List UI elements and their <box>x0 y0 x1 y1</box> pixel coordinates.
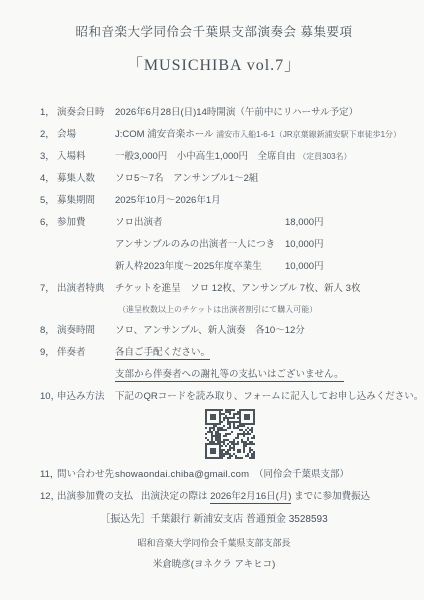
item-row-period: 5， 募集期間 2025年10月～2026年1月 <box>40 190 402 212</box>
fee-amount: 10,000円 <box>285 256 324 278</box>
item-content: showaondai.chiba@gmail.com （同伶会千葉県支部） <box>115 464 402 486</box>
item-number: 5， <box>40 190 57 212</box>
item-row-accompanist: 9， 伴奏者 各自ご手配ください。 <box>40 342 402 364</box>
accompanist-note-2-line: 支部から伴奏者への謝礼等の支払いはございません。 <box>115 364 402 386</box>
item-label: 出演参加費の支払 <box>57 486 133 508</box>
item-label: 会場 <box>57 124 115 146</box>
item-row-applicants: 4， 募集人数 ソロ5～7名 アンサンブル1～2組 <box>40 168 402 190</box>
item-content: 2025年10月～2026年1月 <box>115 190 402 212</box>
page-subtitle: 「MUSICHIBA vol.7」 <box>40 52 388 75</box>
admission-prices: 一般3,000円 小中高生1,000円 全席自由 <box>115 151 298 162</box>
qr-block <box>40 408 402 464</box>
item-row-application: 10， 申込み方法 下記のQRコードを読み取り、フォームに記入してお申し込みくだ… <box>40 386 402 408</box>
item-row-fee: 6， 参加費 ソロ出演者18,000円 <box>40 212 402 234</box>
fee-desc: 新人枠2023年度～2025年度卒業生 <box>115 256 285 278</box>
item-row-duration: 8， 演奏時間 ソロ、アンサンブル、新人演奏 各10～12分 <box>40 320 402 342</box>
item-row-contact: 11， 問い合わせ先 showaondai.chiba@gmail.com （同… <box>40 464 402 486</box>
item-list: 1， 演奏会日時 2026年6月28日(日)14時開演（午前中にリハーサル予定）… <box>40 102 402 508</box>
item-number: 6， <box>40 212 57 234</box>
item-number: 7， <box>40 278 57 300</box>
contact-email: showaondai.chiba@gmail.com <box>115 469 249 480</box>
item-content: ソロ5～7名 アンサンブル1～2組 <box>115 168 402 190</box>
item-number: 2， <box>40 124 57 146</box>
item-number: 8， <box>40 320 57 342</box>
item-content: チケットを進呈 ソロ 12枚、アンサンブル 7枚、新人 3枚 <box>115 278 402 300</box>
item-content: 2026年6月28日(日)14時開演（午前中にリハーサル予定） <box>115 102 402 124</box>
payment-pre: 出演決定の際は <box>141 491 210 502</box>
qr-code <box>205 409 255 459</box>
item-number: 1， <box>40 102 57 124</box>
accompanist-note-2: 支部から伴奏者への謝礼等の支払いはございません。 <box>115 369 344 382</box>
payment-post: までに参加費振込 <box>291 491 370 502</box>
item-label: 問い合わせ先 <box>57 464 115 486</box>
branch-chief-name: 米倉暁彦(ヨネクラ アキヒコ) <box>40 554 388 577</box>
fee-amount: 18,000円 <box>285 212 324 234</box>
item-number: 3， <box>40 146 57 168</box>
item-row-venue: 2， 会場 J:COM 浦安音楽ホール 浦安市入船1-6-1（JR京葉線新浦安駅… <box>40 124 402 146</box>
fee-row: ソロ出演者18,000円 <box>115 212 402 234</box>
item-label: 演奏会日時 <box>57 102 115 124</box>
fee-row: 新人枠2023年度～2025年度卒業生 10,000円 <box>115 256 402 278</box>
item-row-date: 1， 演奏会日時 2026年6月28日(日)14時開演（午前中にリハーサル予定） <box>40 102 402 124</box>
item-content: 出演決定の際は 2026年2月16日(月) までに参加費振込 <box>141 486 402 508</box>
fee-amount: 10,000円 <box>285 234 324 256</box>
contact-org: （同伶会千葉県支部） <box>259 469 349 480</box>
item-label: 募集人数 <box>57 168 115 190</box>
fee-row: アンサンブルのみの出演者一人につき 10,000円 <box>115 234 402 256</box>
item-number: 12， <box>40 486 57 508</box>
item-content: 一般3,000円 小中高生1,000円 全席自由 （定員303名） <box>115 146 402 168</box>
item-label: 申込み方法 <box>57 386 115 408</box>
item-label: 出演者特典 <box>57 278 115 300</box>
page-title: 昭和音楽大学同伶会千葉県支部演奏会 募集要項 <box>40 22 388 40</box>
item-number: 4， <box>40 168 57 190</box>
fee-desc: アンサンブルのみの出演者一人につき <box>115 234 285 256</box>
item-label: 入場料 <box>57 146 115 168</box>
item-content: 下記のQRコードを読み取り、フォームに記入してお申し込みください。 <box>115 386 423 408</box>
item-row-admission: 3， 入場料 一般3,000円 小中高生1,000円 全席自由 （定員303名） <box>40 146 402 168</box>
item-label: 伴奏者 <box>57 342 115 364</box>
payment-deadline: 2026年2月16日(月) <box>210 491 291 504</box>
branch-chief-title: 昭和音楽大学同伶会千葉県支部支部長 <box>40 532 388 555</box>
accompanist-note-1: 各自ご手配ください。 <box>115 347 210 360</box>
document-page: 昭和音楽大学同伶会千葉県支部演奏会 募集要項 「MUSICHIBA vol.7」… <box>0 0 424 600</box>
venue-name: J:COM 浦安音楽ホール <box>115 129 216 140</box>
item-number: 11， <box>40 464 57 486</box>
item-content: J:COM 浦安音楽ホール 浦安市入船1-6-1（JR京葉線新浦安駅下車徒歩1分… <box>115 124 402 146</box>
venue-address: 浦安市入船1-6-1（JR京葉線新浦安駅下車徒歩1分） <box>216 130 401 139</box>
item-label: 参加費 <box>57 212 115 234</box>
item-number: 10， <box>40 386 57 408</box>
fee-desc: ソロ出演者 <box>115 212 285 234</box>
footer: ［振込先］千葉銀行 新浦安支店 普通預金 3528593 昭和音楽大学同伶会千葉… <box>40 509 388 577</box>
ticket-discount-note: （進呈枚数以上のチケットは出演者割引にて購入可能） <box>118 300 402 320</box>
item-row-payment: 12， 出演参加費の支払 出演決定の際は 2026年2月16日(月) までに参加… <box>40 486 402 508</box>
capacity-note: （定員303名） <box>298 152 351 161</box>
item-row-benefits: 7， 出演者特典 チケットを進呈 ソロ 12枚、アンサンブル 7枚、新人 3枚 <box>40 278 402 300</box>
item-number: 9， <box>40 342 57 364</box>
item-label: 募集期間 <box>57 190 115 212</box>
item-content: ソロ、アンサンブル、新人演奏 各10～12分 <box>115 320 402 342</box>
item-label: 演奏時間 <box>57 320 115 342</box>
bank-transfer-info: ［振込先］千葉銀行 新浦安支店 普通預金 3528593 <box>40 509 388 532</box>
item-content: 各自ご手配ください。 <box>115 342 402 364</box>
